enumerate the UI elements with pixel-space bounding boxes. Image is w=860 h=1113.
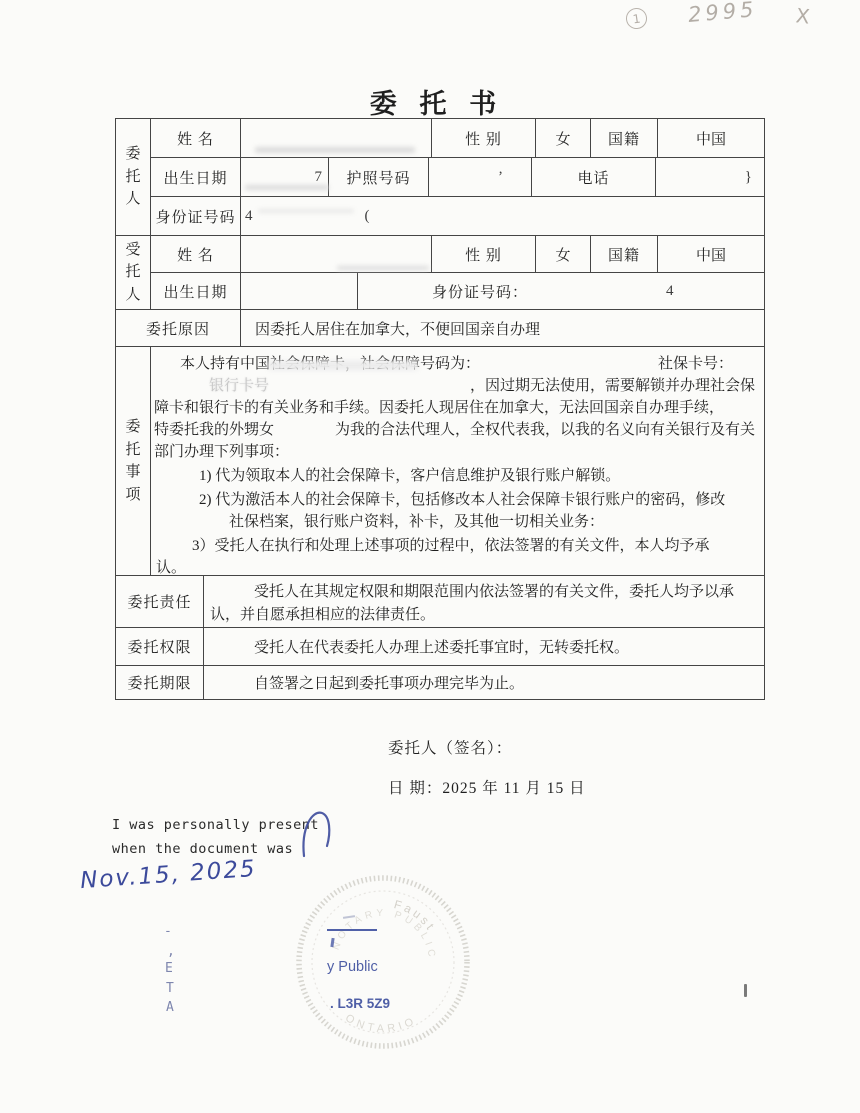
faint-letter: E — [165, 961, 173, 976]
principal-section-label-cell: 委托人 — [116, 119, 151, 235]
table-row: 身份证号码 4 ( — [151, 197, 764, 235]
matters-line1b: 社保卡号： — [658, 353, 733, 375]
document-title: 委 托 书 — [0, 82, 860, 121]
principal-nationality-value: 中国 — [696, 128, 726, 149]
principal-name-label: 姓 名 — [177, 128, 214, 149]
principal-section: 委托人 姓 名 性 别 女 国籍 中国 出生日期 7 护照号码 ’ 电话 — [116, 119, 764, 236]
matters-line2: ，因过期无法使用，需要解锁并办理社会保 — [470, 375, 755, 397]
matters-line4b: 为我的合法代理人，全权代表我，以我的名义向有关银行及有关 — [335, 419, 755, 441]
reason-label: 委托原因 — [146, 318, 210, 339]
responsibility-row: 委托责任 受托人在其规定权限和期限范围内依法签署的有关文件，委托人均予以承 认，… — [116, 576, 764, 628]
notary-underline — [327, 929, 377, 931]
agent-id-inline-label: 身份证号码： — [432, 281, 528, 302]
principal-id-label: 身份证号码 — [155, 206, 235, 227]
pencil-number: 2995 — [687, 0, 758, 27]
principal-passport-visible-mark: ’ — [498, 169, 503, 186]
matters-item-2-cont: 社保档案，银行账户资料，补卡，及其他一切相关业务： — [154, 511, 755, 533]
matters-section: 委托事项 本人持有中国社会保障卡，社会保障号码为：社保卡号： 银行卡号，因过期无… — [116, 347, 764, 576]
postal-code-fragment: . L3R 5Z9 — [330, 996, 390, 1011]
redaction-smudge — [255, 147, 415, 153]
matters-item-1: 1) 代为领取本人的社会保障卡，客户信息维护及银行账户解锁。 — [154, 465, 755, 487]
svg-text:ONTARIO: ONTARIO — [343, 1012, 419, 1035]
notary-english-line1: I was personally present — [112, 817, 319, 833]
handwritten-date: Nov.15, 2025 — [79, 856, 257, 894]
scanned-document-page: 1 2995 X 委 托 书 委托人 姓 名 性 别 女 国籍 中国 出生日期 — [0, 0, 860, 1113]
signature-date: 日 期：2025 年 11 月 15 日 — [388, 776, 586, 798]
agent-section-label-cell: 受托人 — [116, 236, 151, 309]
principal-id-visible-a: 4 — [245, 208, 253, 225]
agent-gender-label: 性 别 — [465, 244, 502, 265]
redaction-smudge — [258, 209, 354, 213]
redaction-smudge — [268, 361, 418, 370]
redaction-smudge — [245, 185, 329, 190]
signer-label: 委托人（签名）： — [388, 736, 512, 758]
principal-gender-label: 性 别 — [465, 128, 502, 149]
duration-row: 委托期限 自签署之日起到委托事项办理完毕为止。 — [116, 666, 764, 699]
principal-id-visible-b: ( — [365, 208, 370, 225]
faint-letter: - — [164, 924, 172, 939]
redaction-smudge — [337, 266, 429, 270]
duration-label: 委托期限 — [127, 672, 191, 693]
agent-section: 受托人 姓 名 性 别 女 国籍 中国 出生日期 身份证号码： 4 — [116, 236, 764, 310]
matters-content: 本人持有中国社会保障卡，社会保障号码为：社保卡号： 银行卡号，因过期无法使用，需… — [151, 347, 764, 575]
matters-redacted-fragment: 银行卡号 — [209, 375, 269, 397]
poa-form-table: 委托人 姓 名 性 别 女 国籍 中国 出生日期 7 护照号码 ’ 电话 — [115, 118, 765, 700]
matters-item-3-cont: 认。 — [154, 557, 755, 575]
authority-row: 委托权限 受托人在代表委托人办理上述委托事宜时，无转委托权。 — [116, 628, 764, 666]
principal-nationality-label: 国籍 — [608, 128, 640, 149]
matters-line3: 障卡和银行卡的有关业务和手续。因委托人现居住在加拿大，无法回国亲自办理手续， — [154, 397, 755, 419]
matters-item-3: 3）受托人在执行和处理上述事项的过程中，依法签署的有关文件，本人均予承 — [154, 535, 755, 557]
pencil-cross-mark: X — [795, 3, 811, 28]
faint-letter: A — [166, 1000, 174, 1015]
agent-nationality-label: 国籍 — [608, 244, 640, 265]
authority-label: 委托权限 — [127, 636, 191, 657]
agent-nationality-value: 中国 — [696, 244, 726, 265]
principal-passport-label: 护照号码 — [346, 167, 410, 188]
table-row: 姓 名 性 别 女 国籍 中国 — [151, 119, 764, 158]
matters-section-label: 委托事项 — [125, 416, 142, 506]
responsibility-label: 委托责任 — [127, 591, 191, 612]
table-row: 姓 名 性 别 女 国籍 中国 — [151, 236, 764, 273]
reason-value: 因委托人居住在加拿大，不便回国亲自办理 — [255, 318, 540, 339]
principal-gender-value: 女 — [555, 128, 570, 149]
principal-birth-label: 出生日期 — [163, 167, 227, 188]
agent-birth-label: 出生日期 — [163, 281, 227, 302]
principal-phone-visible-mark: } — [745, 169, 752, 186]
matters-line5: 部门办理下列事项： — [154, 441, 755, 463]
notary-english-line2: when the document was — [112, 841, 293, 857]
matters-line4a: 特委托我的外甥女 — [154, 419, 274, 441]
seal-region-text: ONTARIO — [343, 1012, 419, 1035]
principal-section-label: 委托人 — [125, 143, 142, 211]
agent-name-label: 姓 名 — [177, 244, 214, 265]
notary-public-fragment: y Public — [327, 959, 378, 975]
faint-letter: T — [166, 981, 174, 996]
matters-section-label-cell: 委托事项 — [116, 347, 151, 575]
matters-item-2: 2) 代为激活本人的社会保障卡，包括修改本人社会保障卡银行账户的密码，修改 — [154, 489, 755, 511]
pen-stroke-mark — [298, 806, 338, 858]
faint-letter: , — [167, 944, 175, 959]
table-row: 出生日期 7 护照号码 ’ 电话 } — [151, 158, 764, 197]
principal-phone-label: 电话 — [577, 167, 609, 188]
agent-section-label: 受托人 — [125, 239, 142, 307]
agent-id-visible: 4 — [666, 283, 674, 300]
duration-value: 自签署之日起到委托事项办理完毕为止。 — [254, 672, 524, 693]
table-row: 出生日期 身份证号码： 4 — [151, 273, 764, 309]
agent-gender-value: 女 — [555, 244, 570, 265]
seal-serrated-ring — [299, 878, 467, 1046]
scan-mark — [744, 984, 747, 997]
principal-birth-visible-digit: 7 — [315, 169, 323, 186]
responsibility-line2: 认，并自愿承担相应的法律责任。 — [204, 604, 764, 627]
notary-seal: Faust NOTARY PUBLIC ONTARIO — [288, 867, 478, 1057]
responsibility-line1: 受托人在其规定权限和期限范围内依法签署的有关文件，委托人均予以承 — [204, 581, 764, 604]
pencil-circled-mark: 1 — [625, 7, 649, 31]
reason-row: 委托原因 因委托人居住在加拿大，不便回国亲自办理 — [116, 310, 764, 347]
authority-value: 受托人在代表委托人办理上述委托事宜时，无转委托权。 — [254, 636, 629, 657]
